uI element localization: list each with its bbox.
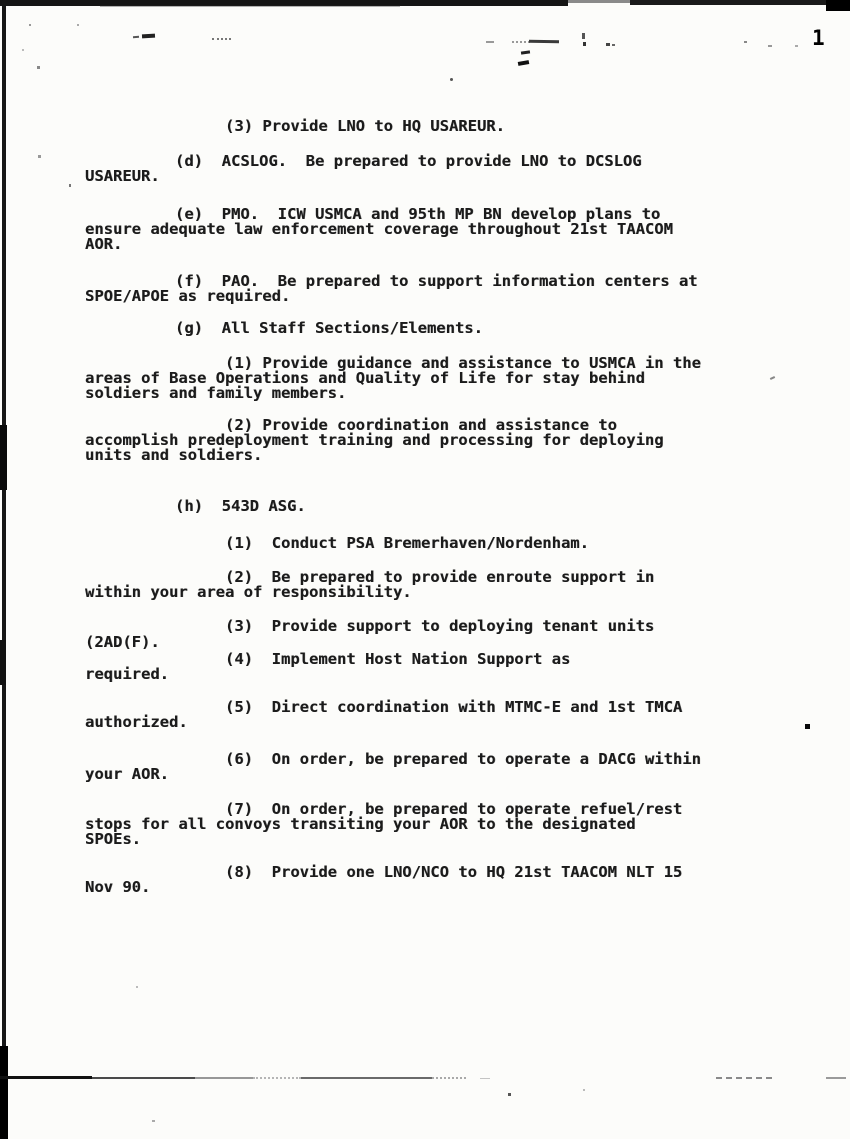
text-line: required. [85, 666, 169, 682]
text-line: AOR. [85, 236, 122, 252]
text-line: (3) Provide LNO to HQ USAREUR. [225, 118, 505, 134]
scan-artifact [69, 184, 71, 187]
scan-artifact [432, 1077, 466, 1081]
text-line: (2AD(F). [85, 634, 160, 650]
scan-artifact [2, 0, 6, 1139]
scan-artifact [521, 50, 530, 54]
scan-artifact [508, 1093, 511, 1096]
scan-artifact [0, 1076, 92, 1079]
scan-artifact [716, 1077, 772, 1081]
scan-artifact [630, 0, 850, 5]
scan-artifact [100, 5, 400, 7]
text-line: (1) Conduct PSA Bremerhaven/Nordenham. [225, 535, 589, 551]
scan-artifact [37, 66, 40, 69]
text-line: (6) On order, be prepared to operate a D… [225, 751, 701, 767]
scan-artifact [136, 986, 138, 988]
document-page: 1 (3) Provide LNO to HQ USAREUR.(d) ACSL… [0, 0, 850, 1139]
scan-artifact [92, 1077, 195, 1079]
text-line: Nov 90. [85, 879, 150, 895]
scan-artifact [583, 42, 586, 46]
text-line: SPOE/APOE as required. [85, 288, 290, 304]
page-number: 1 [812, 26, 825, 50]
scan-artifact [152, 1120, 155, 1122]
scan-artifact [0, 640, 6, 685]
text-line: within your area of responsibility. [85, 584, 412, 600]
scan-artifact [253, 1077, 301, 1081]
text-line: units and soldiers. [85, 447, 262, 463]
scan-artifact [583, 1089, 585, 1091]
text-line: ensure adequate law enforcement coverage… [85, 221, 673, 237]
scan-artifact [744, 41, 747, 43]
scan-artifact [0, 425, 7, 490]
scan-artifact [805, 724, 810, 729]
text-line: stops for all convoys transiting your AO… [85, 816, 636, 832]
text-line: (3) Provide support to deploying tenant … [225, 618, 654, 634]
text-line: authorized. [85, 714, 188, 730]
scan-artifact [486, 41, 494, 43]
scan-artifact [195, 1077, 253, 1079]
scan-artifact [768, 45, 772, 47]
scan-artifact [22, 49, 24, 51]
text-line: (5) Direct coordination with MTMC-E and … [225, 699, 682, 715]
scan-artifact [133, 36, 139, 38]
scan-artifact [77, 24, 79, 26]
scan-artifact [568, 0, 630, 3]
scan-artifact [142, 34, 155, 39]
scan-artifact [480, 1078, 490, 1079]
scan-artifact [529, 40, 559, 44]
scan-artifact [612, 44, 615, 46]
scan-artifact [826, 1077, 846, 1079]
scan-artifact [450, 78, 453, 81]
text-line: USAREUR. [85, 168, 160, 184]
scan-artifact [0, 1046, 8, 1139]
text-line: soldiers and family members. [85, 385, 346, 401]
text-line: (g) All Staff Sections/Elements. [175, 320, 483, 336]
scan-artifact [212, 38, 231, 42]
text-line: (4) Implement Host Nation Support as [225, 651, 570, 667]
text-line: SPOEs. [85, 831, 141, 847]
scan-artifact [512, 41, 530, 45]
scan-artifact [301, 1077, 432, 1079]
scan-artifact [38, 155, 41, 158]
scan-artifact [29, 24, 31, 26]
scan-artifact [606, 43, 610, 46]
scan-artifact [582, 33, 585, 39]
text-line: (h) 543D ASG. [175, 498, 306, 514]
text-line: (8) Provide one LNO/NCO to HQ 21st TAACO… [225, 864, 682, 880]
scan-artifact [518, 60, 530, 66]
text-line: your AOR. [85, 766, 169, 782]
scan-artifact [770, 376, 775, 380]
scan-artifact [826, 0, 850, 11]
text-line: (d) ACSLOG. Be prepared to provide LNO t… [175, 153, 642, 169]
scan-artifact [795, 45, 798, 47]
